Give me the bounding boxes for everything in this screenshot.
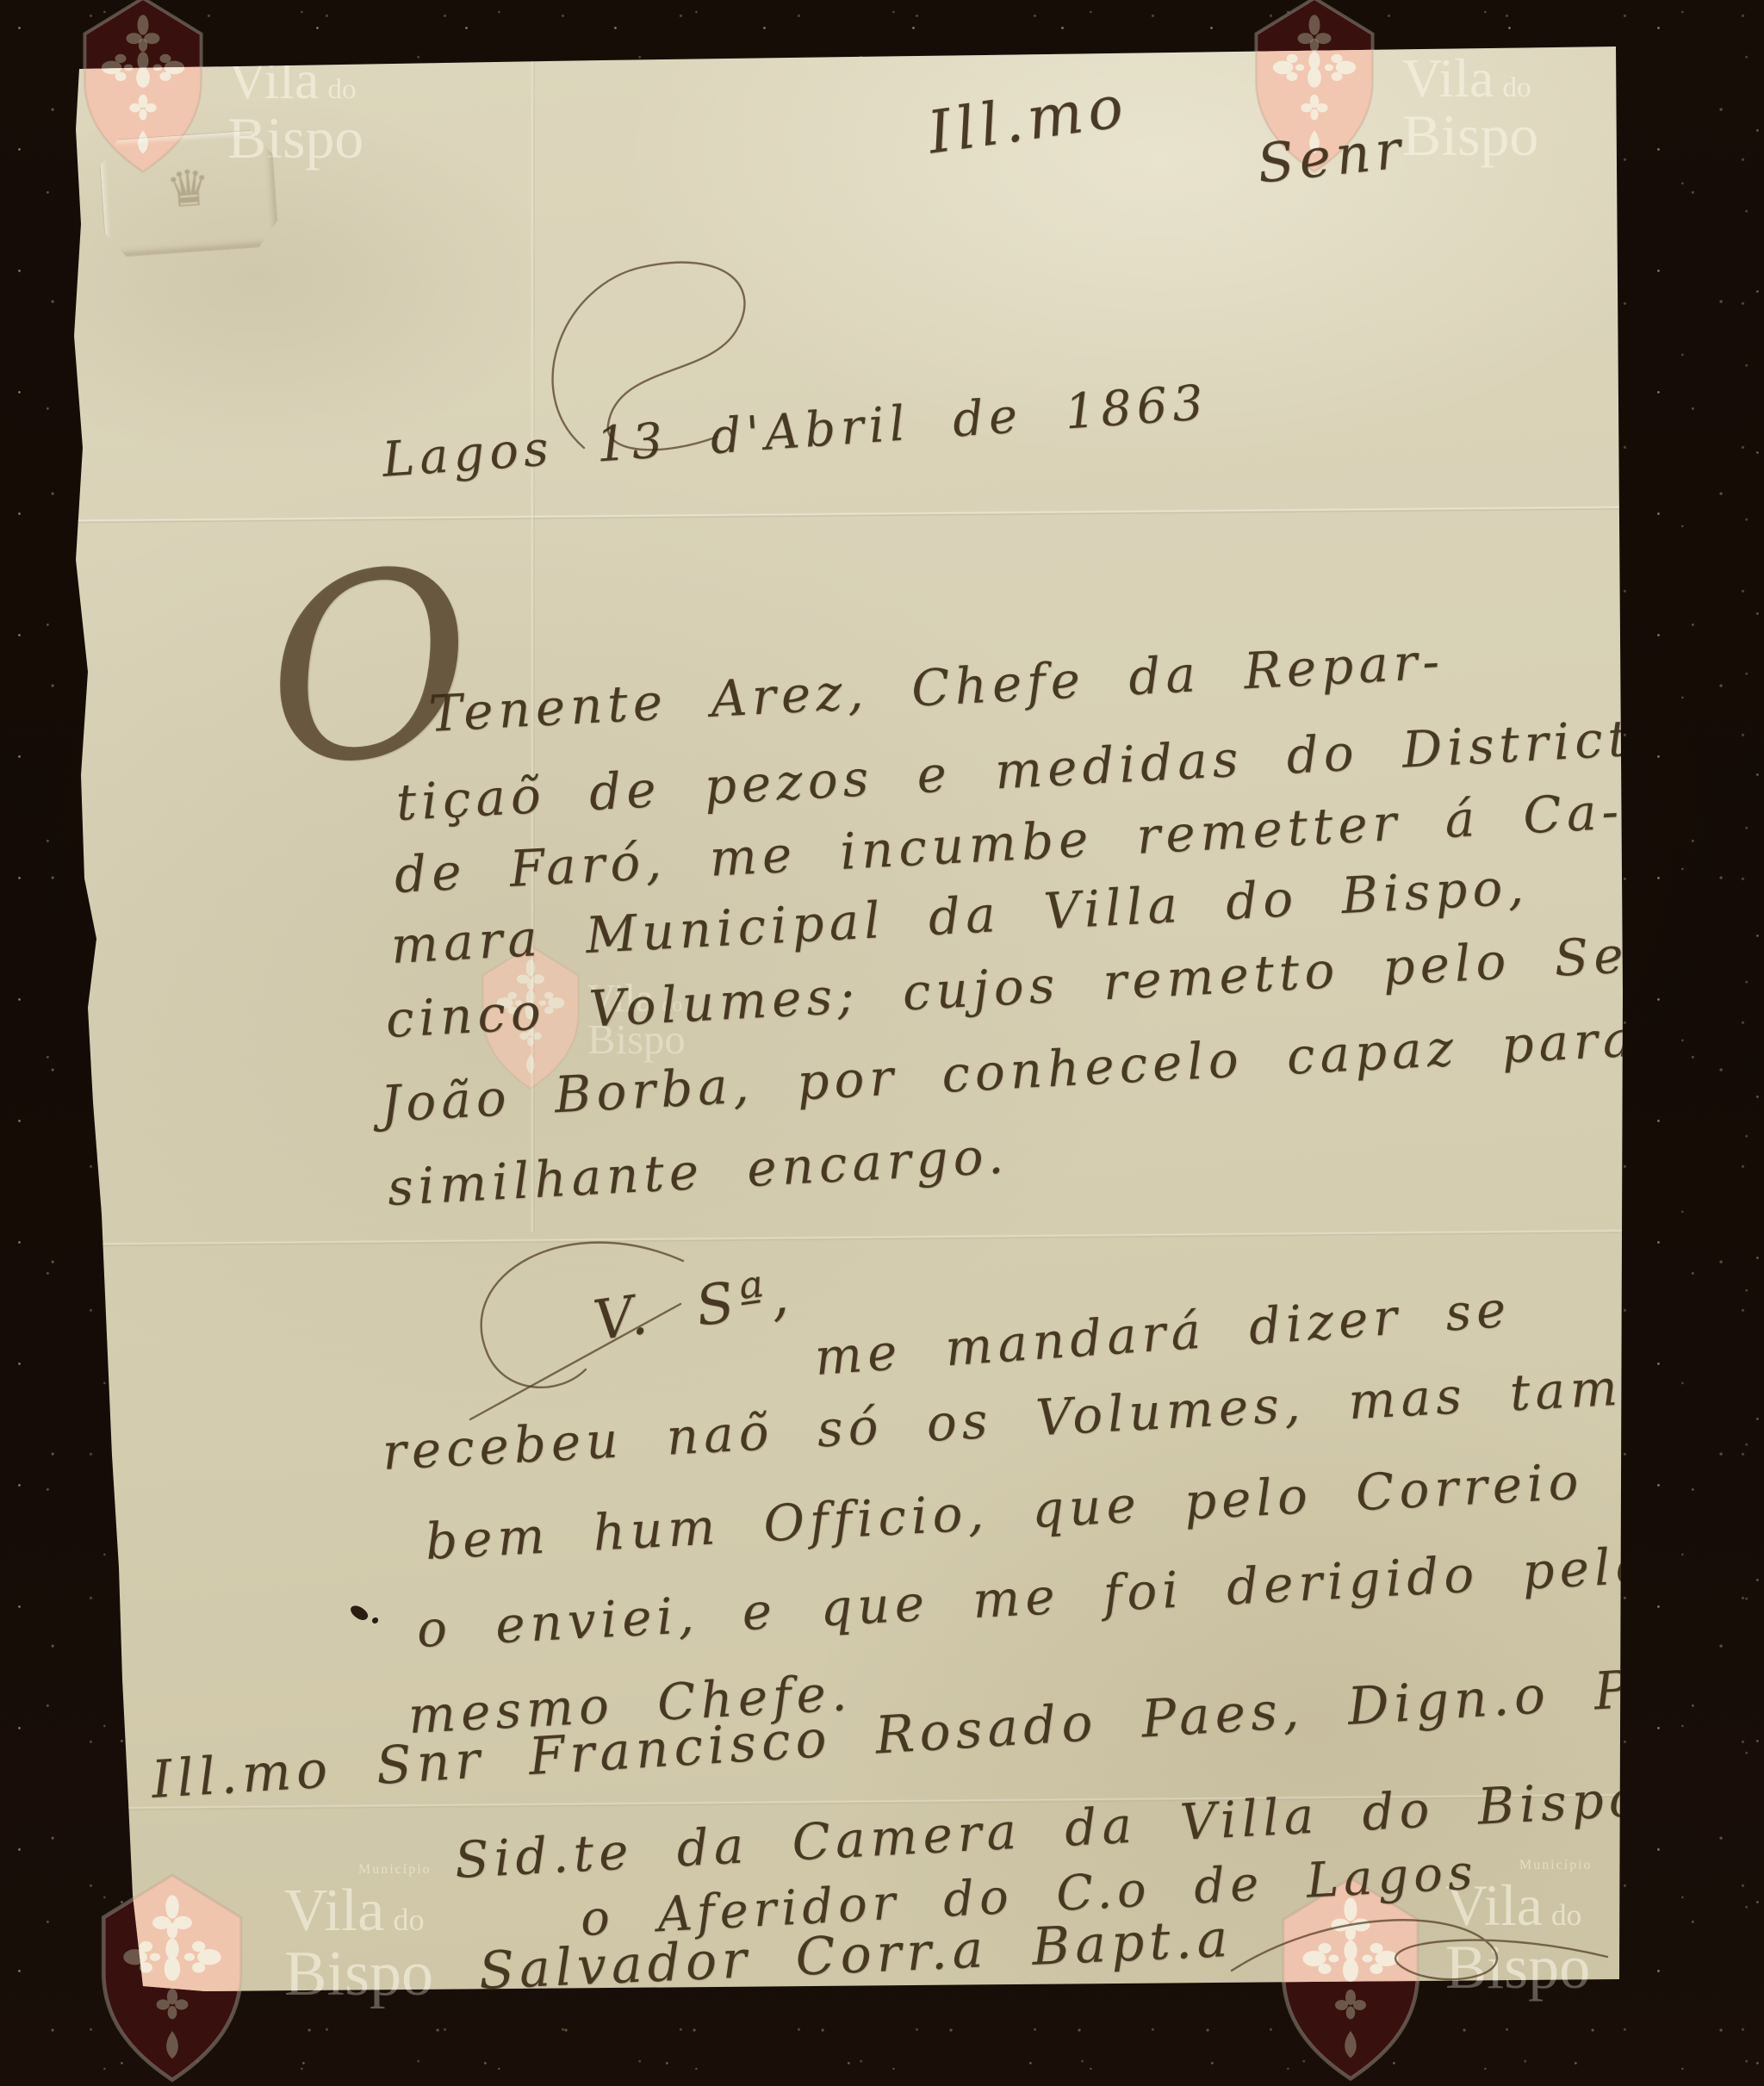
ink-blot (348, 1602, 370, 1623)
dateline: Lagos 13 d'Abril de 1863 (381, 375, 1210, 488)
fold-crease-vertical (531, 9, 535, 1232)
heading-title: Senr (1254, 117, 1408, 196)
scanned-letter-scan: Município Vilado Bispo Município Vilado … (0, 0, 1764, 2086)
watermark-municipio-label: Município (358, 1863, 433, 1877)
watermark-bispo-label: Bispo (1402, 106, 1538, 165)
watermark-vila-do-label: Vilado (284, 1880, 433, 1941)
watermark-text: Município Vilado Bispo (284, 1863, 433, 2007)
fold-crease-horizontal (67, 506, 1628, 524)
watermark-municipio-label: Município (1519, 1859, 1593, 1872)
handwriting-line: similhante encargo. (386, 1126, 1009, 1217)
crown-icon: ♛ (164, 158, 213, 219)
ink-blot (372, 1617, 378, 1623)
watermark-vila-do-label: Vilado (1402, 50, 1538, 106)
watermark-text: Vilado Bispo (1402, 50, 1538, 165)
salutation-monogram: V. Sª, (590, 1263, 797, 1354)
embossed-seal: ♛ (97, 128, 279, 258)
letter-paper: Município Vilado Bispo Vilado Bispo Vila… (67, 43, 1628, 1998)
heading-honorific: Ill.mo (924, 72, 1133, 168)
fold-crease-horizontal (67, 1229, 1628, 1247)
